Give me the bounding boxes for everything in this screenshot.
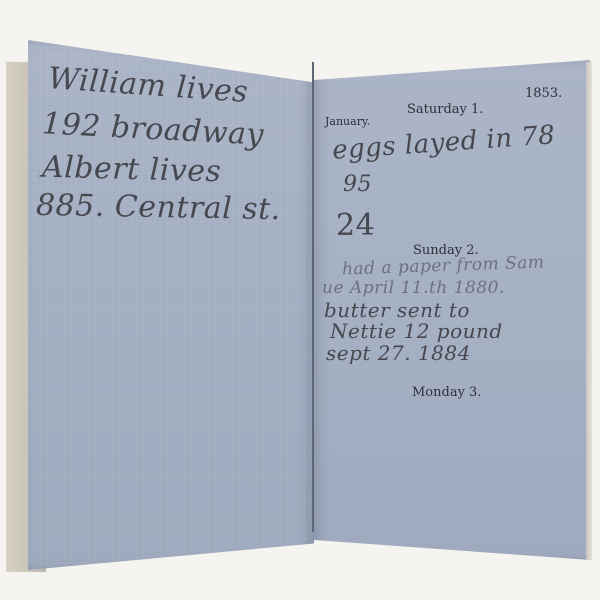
handwriting-line: 885. Central st.	[36, 188, 281, 227]
diary-photo: William lives 192 broadway Albert lives …	[0, 0, 600, 600]
handwriting-line: Nettie 12 pound	[330, 319, 503, 343]
diary-year: 1853.	[525, 86, 562, 101]
handwriting-line: 95	[343, 172, 372, 197]
handwriting-line: sept 27. 1884	[326, 341, 471, 365]
day-heading-monday: Monday 3.	[412, 385, 481, 400]
book-gutter	[312, 62, 314, 532]
page-stack-edge	[586, 62, 592, 560]
diary-month: January.	[325, 115, 370, 128]
handwriting-line: 24	[336, 208, 375, 243]
handwriting-line: ue April 11.th 1880.	[322, 278, 505, 298]
handwriting-line: Albert lives	[42, 150, 222, 190]
day-heading-saturday: Saturday 1.	[407, 102, 483, 117]
